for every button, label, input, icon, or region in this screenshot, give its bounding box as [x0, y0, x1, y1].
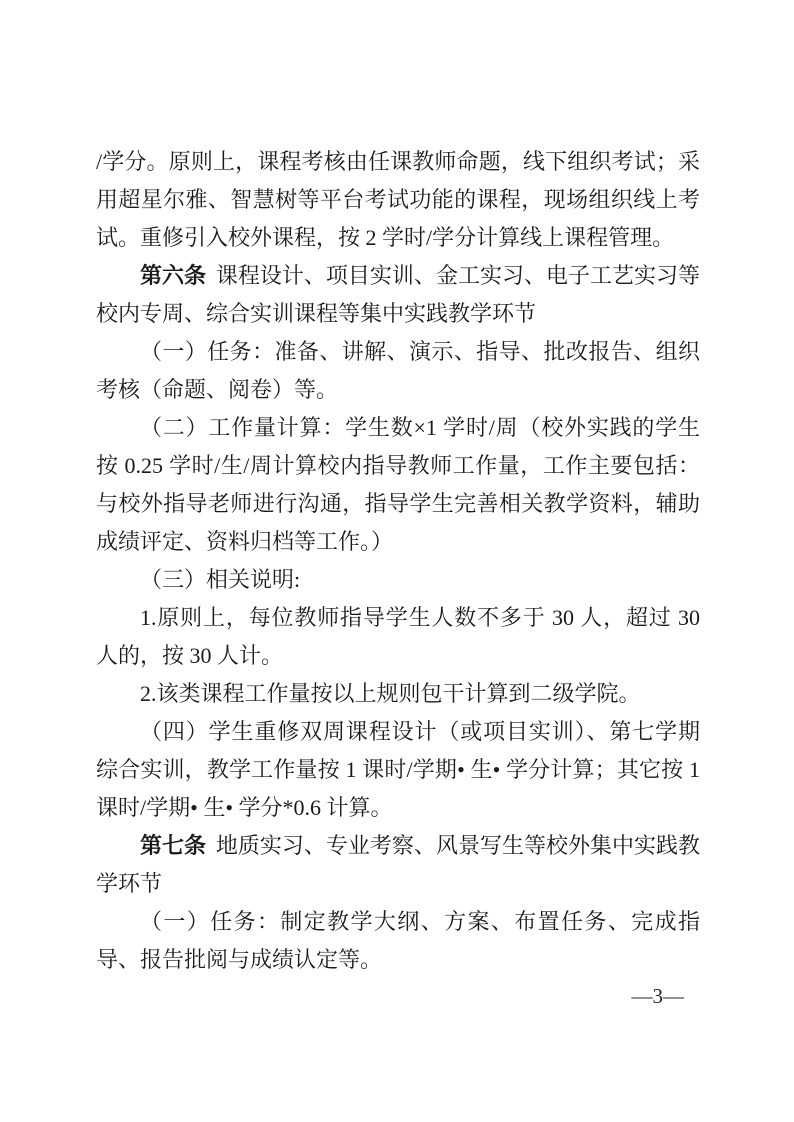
- paragraph-text: （三）相关说明:: [140, 567, 300, 592]
- paragraph-text: （一）任务：准备、讲解、演示、指导、批改报告、组织考核（命题、阅卷）等。: [96, 339, 700, 402]
- paragraph-item-2: （二）工作量计算：学生数×1 学时/周（校外实践的学生按 0.25 学时/生/周…: [96, 409, 700, 561]
- paragraph-continuation: /学分。原则上，课程考核由任课教师命题，线下组织考试；采用超星尔雅、智慧树等平台…: [96, 143, 700, 257]
- paragraph-article-6: 第六条 课程设计、项目实训、金工实习、电子工艺实习等校内专周、综合实训课程等集中…: [96, 257, 700, 333]
- paragraph-text: /学分。原则上，课程考核由任课教师命题，线下组织考试；采用超星尔雅、智慧树等平台…: [96, 149, 700, 250]
- paragraph-note-1: 1.原则上，每位教师指导学生人数不多于 30 人，超过 30 人的，按 30 人…: [96, 599, 700, 675]
- article-7-number: 第七条: [140, 833, 206, 858]
- paragraph-text: 1.原则上，每位教师指导学生人数不多于 30 人，超过 30 人的，按 30 人…: [96, 605, 700, 668]
- paragraph-item-1b: （一）任务：制定教学大纲、方案、布置任务、完成指导、报告批阅与成绩认定等。: [96, 903, 700, 979]
- paragraph-text: 2.该类课程工作量按以上规则包干计算到二级学院。: [140, 681, 641, 706]
- document-body: /学分。原则上，课程考核由任课教师命题，线下组织考试；采用超星尔雅、智慧树等平台…: [96, 143, 700, 979]
- footer-page-number: —3—: [632, 984, 685, 1008]
- paragraph-item-4: （四）学生重修双周课程设计（或项目实训）、第七学期综合实训，教学工作量按 1 课…: [96, 713, 700, 827]
- paragraph-article-7: 第七条 地质实习、专业考察、风景写生等校外集中实践教学环节: [96, 827, 700, 903]
- paragraph-item-1: （一）任务：准备、讲解、演示、指导、批改报告、组织考核（命题、阅卷）等。: [96, 333, 700, 409]
- paragraph-text: （一）任务：制定教学大纲、方案、布置任务、完成指导、报告批阅与成绩认定等。: [96, 909, 700, 972]
- paragraph-text: （二）工作量计算：学生数×1 学时/周（校外实践的学生按 0.25 学时/生/周…: [96, 415, 700, 554]
- paragraph-item-3: （三）相关说明:: [96, 561, 700, 599]
- paragraph-note-2: 2.该类课程工作量按以上规则包干计算到二级学院。: [96, 675, 700, 713]
- paragraph-text: （四）学生重修双周课程设计（或项目实训）、第七学期综合实训，教学工作量按 1 课…: [96, 719, 700, 820]
- article-6-number: 第六条: [140, 263, 206, 288]
- document-page: /学分。原则上，课程考核由任课教师命题，线下组织考试；采用超星尔雅、智慧树等平台…: [0, 0, 794, 1122]
